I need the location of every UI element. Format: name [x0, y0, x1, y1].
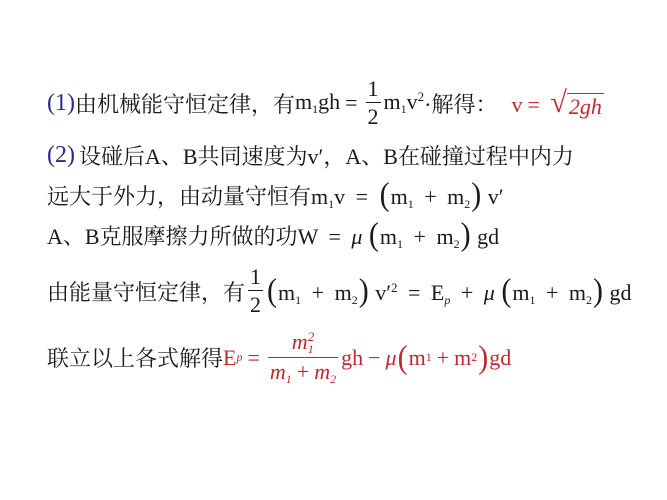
energy-formula: (m1 + m2) v′2 = Ep + μ (m1 + m2) gd — [266, 274, 632, 308]
part2-line3: A、B克服摩擦力所做的功 W = μ (m1 + m2) gd — [47, 218, 499, 252]
equals: = — [345, 90, 357, 116]
sqrt-icon: √2gh — [550, 86, 603, 120]
energy-line: 由能量守恒定律，有 12 (m1 + m2) v′2 = Ep + μ (m1 … — [47, 266, 632, 316]
half-fraction: 12 — [248, 266, 263, 316]
part1-label: (1) — [47, 90, 75, 117]
mass-fraction: m12 m1+m2 — [268, 330, 338, 385]
part2-line2: 远大于外力，由动量守恒有 m1v = (m1 + m2) v′ — [47, 178, 504, 212]
energy-text: 由能量守恒定律，有 — [47, 276, 245, 307]
momentum-formula: m1v = (m1 + m2) v′ — [311, 178, 504, 212]
half-fraction: 12 — [366, 78, 381, 128]
work-formula: W = μ (m1 + m2) gd — [298, 218, 500, 252]
part1-rhs: m1v2 — [384, 89, 425, 117]
part1-line: (1) 由机械能守恒定律，有 m1gh = 12 m1v2 ·解得： v= √2… — [47, 78, 604, 128]
result-formula: Ep = m12 m1+m2 gh − μ (m1 + m2) gd — [223, 330, 511, 385]
part2-line1-text: 设碰后A、B共同速度为v′，A、B在碰撞过程中内力 — [79, 140, 574, 171]
part2-label: (2) — [47, 142, 75, 169]
part2-line3-text: A、B克服摩擦力所做的功 — [47, 220, 298, 251]
part1-text: 由机械能守恒定律，有 — [75, 88, 295, 119]
part1-solve-text: ·解得： — [424, 88, 497, 119]
result-line: 联立以上各式解得 Ep = m12 m1+m2 gh − μ (m1 + m2)… — [47, 330, 511, 385]
part2-line1: (2) 设碰后A、B共同速度为v′，A、B在碰撞过程中内力 — [47, 140, 574, 171]
part1-result: v= √2gh — [512, 86, 604, 120]
part2-line2-text: 远大于外力，由动量守恒有 — [47, 180, 311, 211]
part1-lhs: m1gh — [295, 89, 340, 117]
result-text: 联立以上各式解得 — [47, 342, 223, 373]
